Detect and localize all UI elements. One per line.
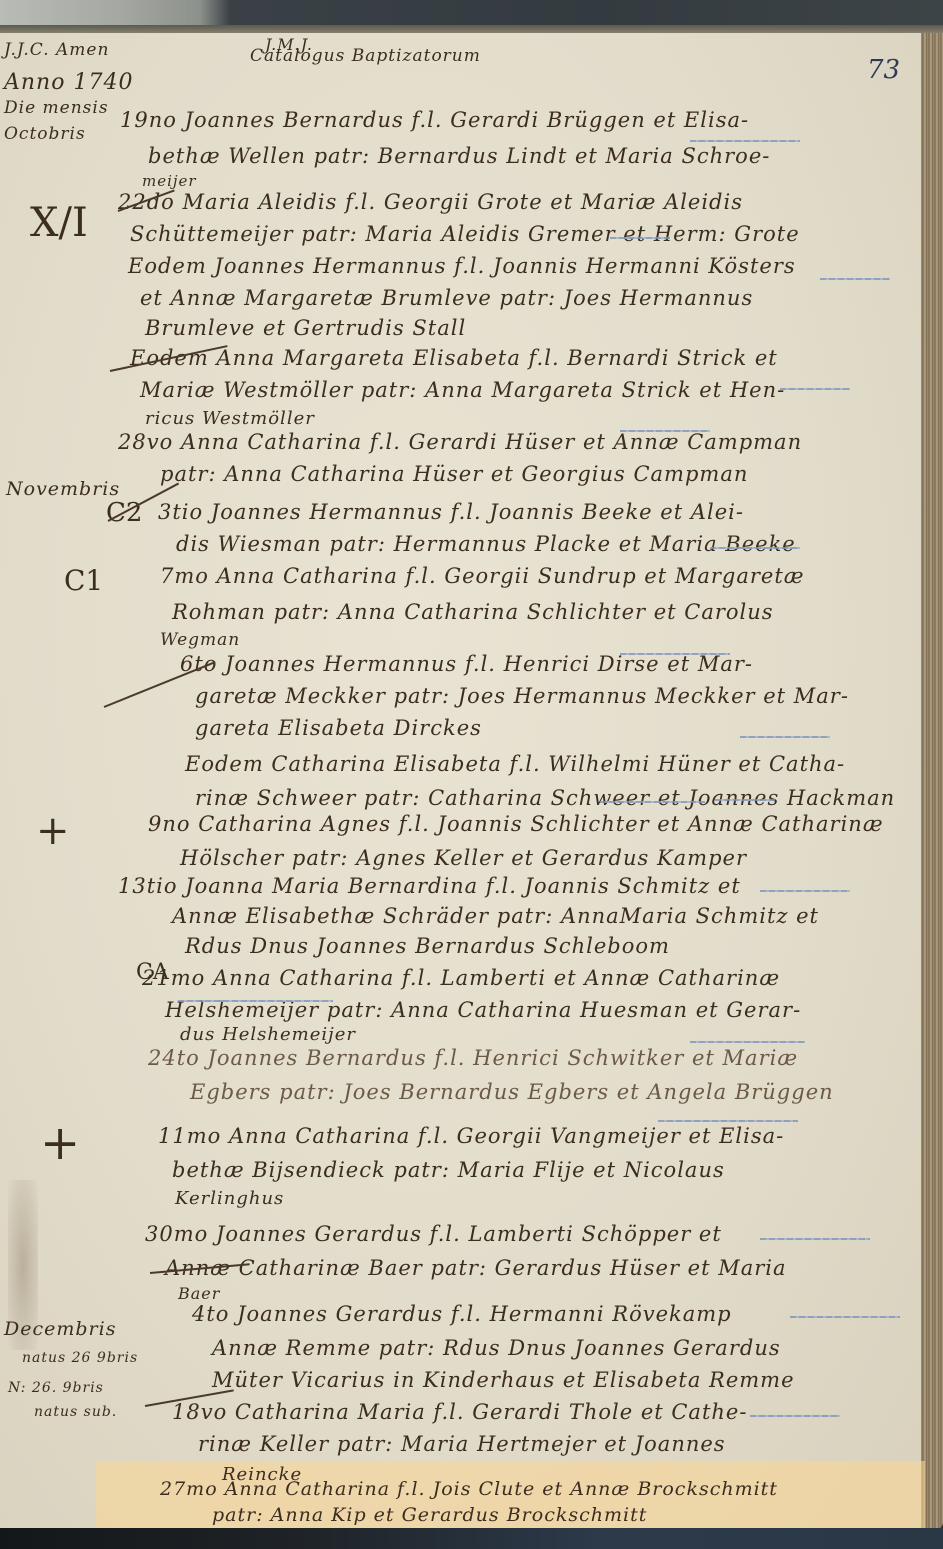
register-line: 3tio Joannes Hermannus f.l. Joannis Beek… (158, 500, 744, 524)
pencil-underline (600, 801, 705, 803)
register-line: Eodem Anna Margareta Elisabeta f.l. Bern… (130, 346, 778, 370)
page-number: 73 (867, 55, 900, 85)
register-line: Annæ Catharinæ Baer patr: Gerardus Hüser… (165, 1256, 787, 1280)
book-page-edges (921, 33, 943, 1530)
margin-mark: C1 (64, 564, 103, 597)
register-line: garetæ Meckker patr: Joes Hermannus Meck… (195, 684, 849, 708)
register-line: ricus Westmöller (145, 408, 315, 429)
margin-note-month: Octobris (4, 124, 86, 144)
margin-note-year: Anno 1740 (4, 70, 133, 95)
register-line: 4to Joannes Gerardus f.l. Hermanni Rövek… (192, 1302, 732, 1326)
register-line: dus Helshemeijer (180, 1024, 356, 1045)
pencil-underline (690, 140, 800, 142)
margin-mark: CA (136, 960, 169, 985)
cross-mark: + (40, 1115, 80, 1171)
register-line: dis Wiesman patr: Hermannus Placke et Ma… (176, 532, 796, 556)
register-line: rinæ Schweer patr: Catharina Schweer et … (195, 786, 895, 810)
pencil-underline (178, 1000, 333, 1002)
register-line: Mariæ Westmöller patr: Anna Margareta St… (140, 378, 785, 402)
highlighted-entry-line: patr: Anna Kip et Gerardus Brockschmitt (212, 1504, 647, 1526)
register-line: Schüttemeijer patr: Maria Aleidis Gremer… (130, 222, 800, 246)
pencil-underline (658, 1120, 798, 1122)
register-line: gareta Elisabeta Dirckes (195, 716, 482, 740)
register-line: Annæ Elisabethæ Schräder patr: AnnaMaria… (172, 904, 819, 928)
margin-mark: X/I (30, 200, 88, 246)
pencil-underline (690, 1041, 805, 1043)
register-line: rinæ Keller patr: Maria Hertmejer et Joa… (198, 1432, 726, 1456)
register-line: 28vo Anna Catharina f.l. Gerardi Hüser e… (118, 430, 802, 454)
register-line: 21mo Anna Catharina f.l. Lamberti et Ann… (142, 966, 780, 990)
margin-month-novembris: Novembris (6, 478, 120, 500)
pencil-underline (750, 1415, 840, 1417)
cross-mark: + (36, 808, 70, 854)
register-line: Müter Vicarius in Kinderhaus et Elisabet… (212, 1368, 795, 1392)
pencil-underline (620, 653, 730, 655)
pencil-underline (620, 430, 710, 432)
register-line: bethæ Bijsendieck patr: Maria Flije et N… (172, 1158, 725, 1182)
register-line: Annæ Remme patr: Rdus Dnus Joannes Gerar… (212, 1336, 781, 1360)
register-line: Hölscher patr: Agnes Keller et Gerardus … (180, 846, 747, 870)
register-line: 6to Joannes Hermannus f.l. Henrici Dirse… (180, 652, 753, 676)
register-line: Baer (178, 1284, 220, 1303)
register-line: 24to Joannes Bernardus f.l. Henrici Schw… (148, 1046, 798, 1070)
register-line: 13tio Joanna Maria Bernardina f.l. Joann… (118, 874, 741, 898)
register-line: Brumleve et Gertrudis Stall (145, 316, 466, 340)
register-line: 30mo Joannes Gerardus f.l. Lamberti Schö… (145, 1222, 722, 1246)
margin-note-natus: natus sub. (34, 1404, 117, 1420)
margin-month-decembris: Decembris (4, 1318, 116, 1340)
register-line: Eodem Joannes Hermannus f.l. Joannis Her… (128, 254, 796, 278)
pencil-underline (610, 237, 670, 239)
register-line: 7mo Anna Catharina f.l. Georgii Sundrup … (160, 564, 805, 588)
register-line: Egbers patr: Joes Bernardus Egbers et An… (190, 1080, 834, 1104)
pencil-underline (715, 799, 775, 801)
pencil-underline (760, 1238, 870, 1240)
pencil-underline (760, 890, 850, 892)
register-line: Rohman patr: Anna Catharina Schlichter e… (172, 600, 774, 624)
register-line: Kerlinghus (175, 1188, 284, 1209)
margin-note-line: J.J.C. Amen (4, 40, 109, 60)
margin-note-line: Die mensis (4, 98, 109, 118)
register-line: Wegman (160, 630, 240, 650)
register-line: et Annæ Margaretæ Brumleve patr: Joes He… (140, 286, 753, 310)
pencil-underline (820, 278, 890, 280)
register-line: 19no Joannes Bernardus f.l. Gerardi Brüg… (120, 108, 749, 132)
register-line: 22do Maria Aleidis f.l. Georgii Grote et… (118, 190, 743, 214)
highlighted-entry-line: 27mo Anna Catharina f.l. Jois Clute et A… (160, 1478, 778, 1500)
register-line: bethæ Wellen patr: Bernardus Lindt et Ma… (148, 144, 770, 168)
scanner-background-bottom (0, 1528, 943, 1549)
pencil-underline (710, 547, 800, 549)
jmj-header: J.M.J. (265, 35, 313, 54)
pencil-underline (740, 736, 830, 738)
margin-note-birth: natus 26 9bris (22, 1350, 138, 1366)
register-line: meijer (142, 172, 197, 190)
register-line: Eodem Catharina Elisabeta f.l. Wilhelmi … (185, 752, 845, 776)
register-line: 18vo Catharina Maria f.l. Gerardi Thole … (172, 1400, 747, 1424)
register-line: 11mo Anna Catharina f.l. Georgii Vangmei… (158, 1124, 784, 1148)
margin-note-number: N: 26. 9bris (8, 1380, 104, 1396)
register-line: 9no Catharina Agnes f.l. Joannis Schlich… (148, 812, 884, 836)
pencil-underline (780, 388, 850, 390)
register-line: patr: Anna Catharina Hüser et Georgius C… (160, 462, 748, 486)
pencil-underline (790, 1316, 900, 1318)
register-line: Rdus Dnus Joannes Bernardus Schleboom (185, 934, 670, 958)
